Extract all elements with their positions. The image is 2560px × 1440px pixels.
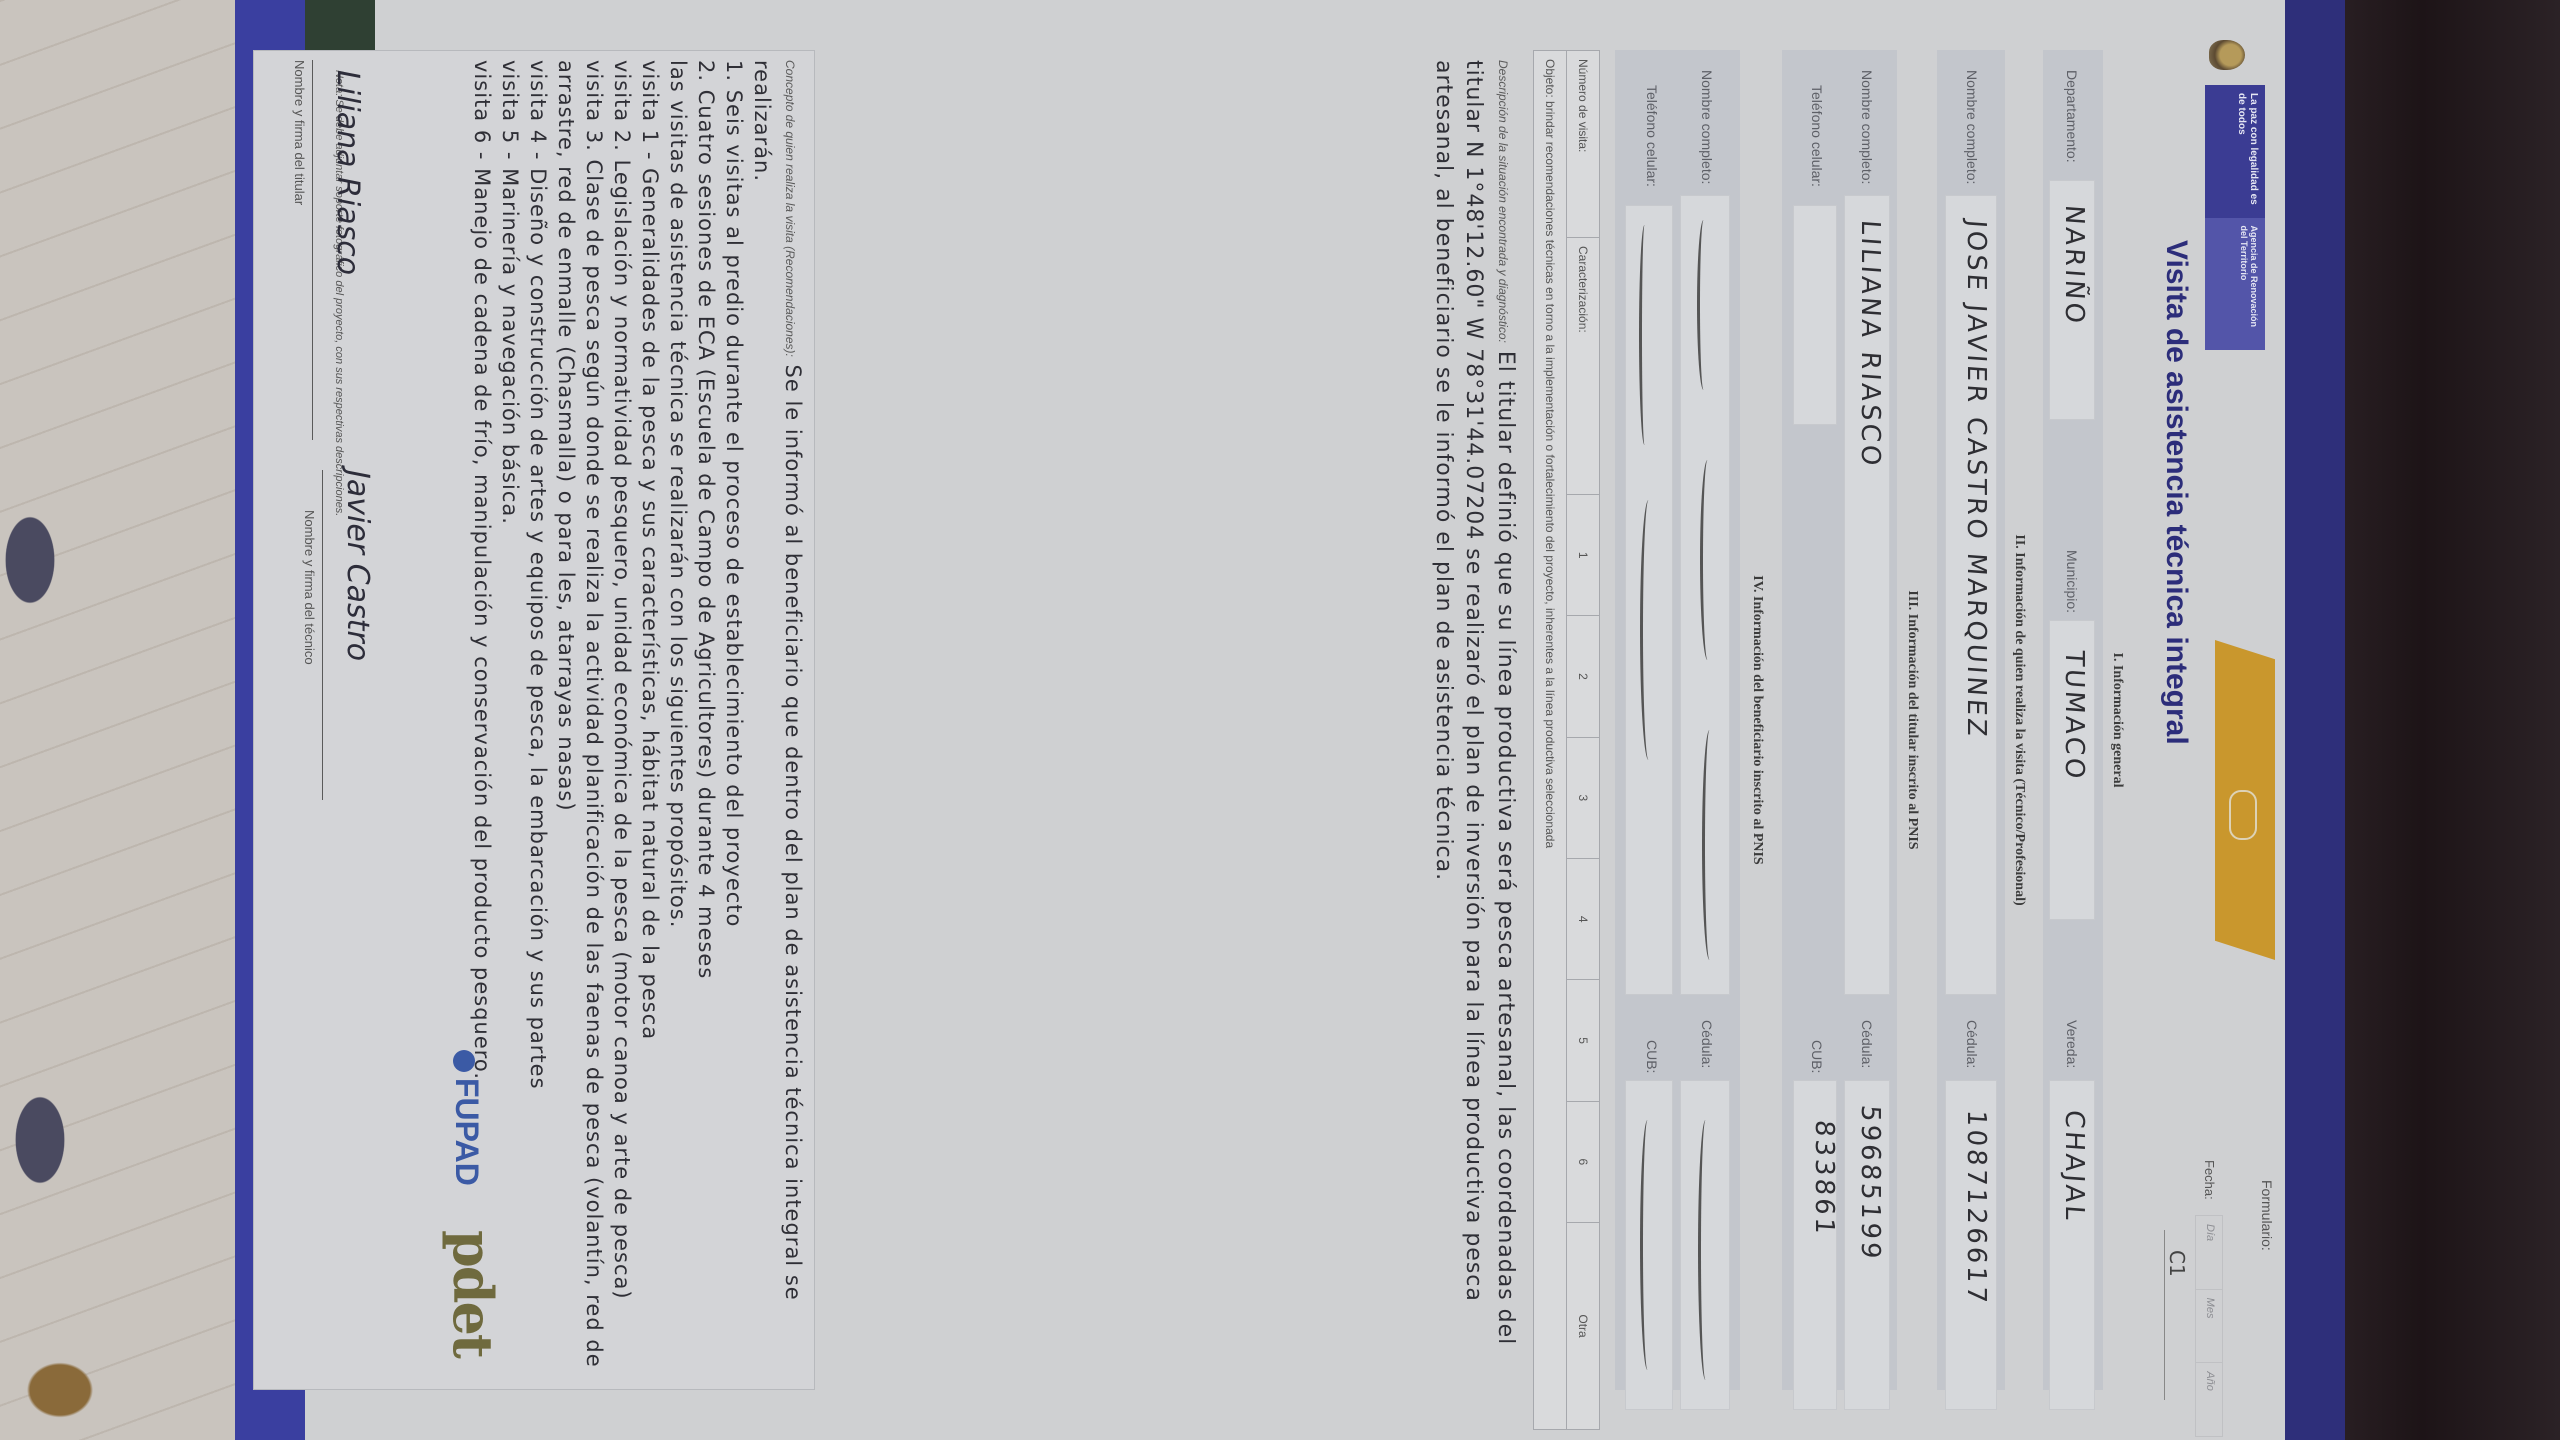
visit-table: Número de visita: Caracterización: 1 2 3… (1533, 50, 1600, 1430)
page-title: Visita de asistencia técnica integral (2159, 240, 2193, 745)
visit-column-4[interactable]: 4 (1567, 859, 1600, 980)
concepto-line: las visitas de asistencia técnica se rea… (664, 60, 692, 1380)
objeto-text: Objeto: brindar recomendaciones técnicas… (1534, 51, 1567, 1430)
date-day[interactable]: Día (2196, 1216, 2222, 1290)
titular-telefono-field[interactable] (1793, 205, 1837, 425)
tecnico-nombre-value: JOSE JAVIER CASTRO MARQUINEZ (1961, 219, 1991, 740)
visit-column-3[interactable]: 3 (1567, 737, 1600, 858)
titular-nombre-value: LILIANA RIASCO (1855, 219, 1885, 469)
objeto-row: Objeto: brindar recomendaciones técnicas… (1534, 51, 1567, 1430)
pdet-logo: pdet (441, 1230, 505, 1357)
crossed-out-line (1697, 220, 1710, 390)
section-1-title: I. Información general (2109, 30, 2125, 1410)
titular-nombre-label: Nombre completo: (1859, 70, 1875, 184)
date-handwritten: C1 (2164, 1230, 2189, 1400)
crossed-out-line (1639, 225, 1650, 445)
concepto-line: visita 5 - Marinería y navegación básica… (496, 60, 524, 1380)
titular-cub-value: 833861 (1809, 1119, 1839, 1238)
signature-area: Liliana Riasco Nombre y firma del titula… (235, 0, 375, 1440)
form-header: La paz con legalidad es de todos Agencia… (2135, 30, 2275, 1410)
beneficiario-telefono-label: Teléfono celular: (1644, 85, 1660, 187)
visit-column-1[interactable]: 1 (1567, 495, 1600, 616)
departamento-value: NARIÑO (2059, 204, 2089, 327)
date-month[interactable]: Mes (2196, 1290, 2222, 1364)
beneficiario-cub-label: CUB: (1644, 1040, 1660, 1073)
visit-column-otra[interactable]: Otra (1567, 1223, 1600, 1430)
rings-icon (2229, 790, 2257, 840)
descripcion-block: Descripción de la situación encontrada y… (1428, 60, 1520, 1380)
tecnico-signature-caption: Nombre y firma del técnico (302, 510, 317, 665)
caracterizacion-label: Caracterización: (1567, 238, 1600, 495)
municipio-label: Municipio: (2064, 550, 2080, 613)
concepto-line: 2. Cuatro sesiones de ECA (Escuela de Ca… (692, 60, 720, 1380)
pnis-gold-logo (2215, 640, 2275, 960)
titular-signature-line (312, 60, 313, 440)
logo-text-agencia: Agencia de Renovación del Territorio (2205, 218, 2265, 351)
fupad-globe-icon (453, 1050, 475, 1072)
section-4-title: IV. Información del beneficiario inscrit… (1749, 30, 1765, 1410)
tecnico-signature-line (322, 470, 323, 800)
titular-cedula-value: 59685199 (1855, 1104, 1885, 1262)
concepto-line: visita 2. Legislación y normatividad pes… (608, 60, 636, 1380)
dark-background (2330, 0, 2560, 1440)
crossed-out-line (1700, 460, 1715, 660)
coat-of-arms-icon (2209, 40, 2245, 70)
titular-signature: Liliana Riasco (330, 70, 365, 275)
form-photo: La paz con legalidad es de todos Agencia… (235, 0, 2345, 1440)
departamento-label: Departamento: (2064, 70, 2080, 163)
vereda-value: CHAJAL (2059, 1109, 2089, 1224)
logo-text-paz: La paz con legalidad es de todos (2205, 85, 2265, 218)
municipio-value: TUMACO (2059, 649, 2089, 782)
fupad-logo: FUPAD (448, 1050, 485, 1186)
concepto-line: visita 1 - Generalidades de la pesca y s… (636, 60, 664, 1380)
tecnico-cedula-value: 1087126617 (1961, 1109, 1991, 1307)
tablecloth-background (0, 0, 240, 1440)
concepto-block: Concepto de quien realiza la visita (Rec… (468, 60, 807, 1380)
crossed-out-line (1702, 730, 1717, 960)
visit-number-label: Número de visita: (1567, 51, 1600, 238)
section-3-title: III. Información del titular inscrito al… (1904, 30, 1920, 1410)
date-field[interactable]: Día Mes Año (2195, 1215, 2223, 1437)
government-logo: La paz con legalidad es de todos Agencia… (2205, 85, 2265, 350)
titular-telefono-label: Teléfono celular: (1809, 85, 1825, 187)
formulario-label: Formulario: (2259, 1180, 2275, 1251)
crossed-out-line (1698, 1120, 1713, 1380)
tecnico-signature: Javier Castro (340, 470, 375, 661)
concepto-line: visita 4 - Diseño y construcción de arte… (524, 60, 552, 1380)
beneficiario-nombre-label: Nombre completo: (1699, 70, 1715, 184)
form-page: La paz con legalidad es de todos Agencia… (235, 0, 2345, 1440)
crossed-out-line (1640, 500, 1657, 760)
fupad-text: FUPAD (449, 1078, 485, 1186)
titular-cub-label: CUB: (1809, 1040, 1825, 1073)
concepto-line: visita 3. Clase de pesca según donde se … (552, 60, 608, 1380)
fecha-label: Fecha: (2202, 1160, 2217, 1200)
concepto-label: Concepto de quien realiza la visita (Rec… (783, 60, 797, 357)
beneficiario-cedula-label: Cédula: (1699, 1020, 1715, 1068)
concepto-line: 1. Seis visitas al predio durante el pro… (720, 60, 748, 1380)
form-content: La paz con legalidad es de todos Agencia… (375, 30, 2285, 1410)
descripcion-label: Descripción de la situación encontrada y… (1496, 60, 1510, 343)
crossed-out-line (1640, 1120, 1655, 1370)
visit-column-2[interactable]: 2 (1567, 616, 1600, 737)
visit-number-row: Número de visita: Caracterización: 1 2 3… (1567, 51, 1600, 1430)
titular-cedula-label: Cédula: (1859, 1020, 1875, 1068)
titular-signature-caption: Nombre y firma del titular (292, 60, 307, 205)
vereda-label: Vereda: (2064, 1020, 2080, 1068)
tecnico-nombre-label: Nombre completo: (1964, 70, 1980, 184)
date-year[interactable]: Año (2196, 1363, 2222, 1436)
section-2-title: II. Información de quien realiza la visi… (2011, 30, 2027, 1410)
tecnico-cedula-label: Cédula: (1964, 1020, 1980, 1068)
visit-column-5[interactable]: 5 (1567, 980, 1600, 1101)
visit-column-6[interactable]: 6 (1567, 1101, 1600, 1222)
top-blue-band (2285, 0, 2345, 1440)
